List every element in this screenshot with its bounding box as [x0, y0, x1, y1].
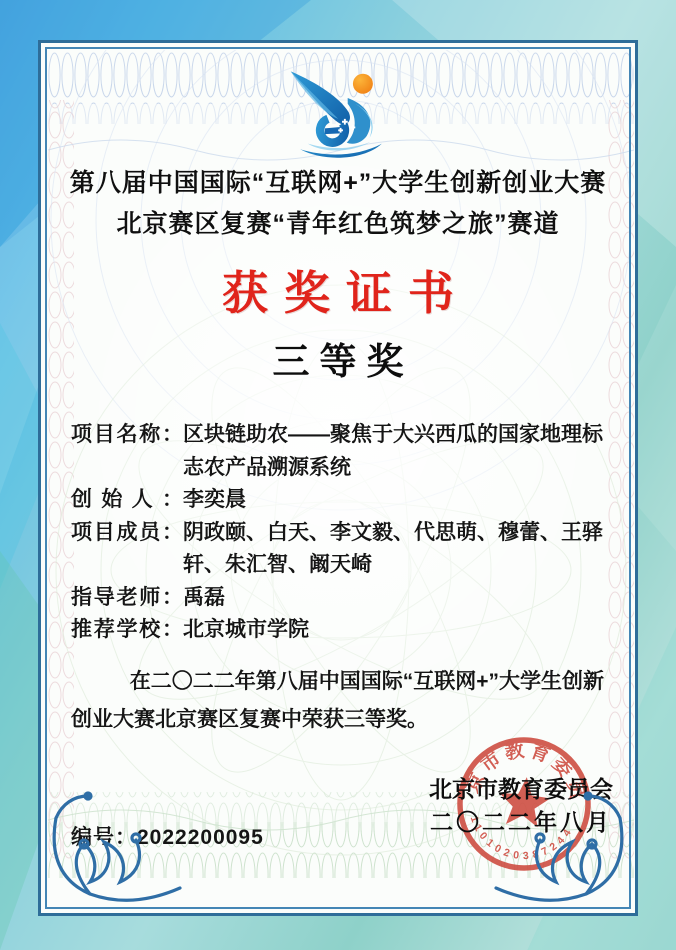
field-label: 项目名称： — [71, 419, 183, 484]
field-advisor: 指导老师： 禹磊 — [71, 582, 616, 615]
project-fields: 项目名称： 区块链助农——聚焦于大兴西瓜的国家地理标志农产品溯源系统 创始人： … — [71, 419, 616, 647]
competition-title: 第八届中国国际“互联网+”大学生创新创业大赛 北京赛区复赛“青年红色筑梦之旅”赛… — [41, 163, 635, 245]
issuer-name: 北京市教育委员会 — [389, 773, 653, 806]
award-level: 三等奖 — [41, 337, 635, 387]
field-value: 阴政颐、白天、李文毅、代思萌、穆蕾、王驿轩、朱汇智、阚天崎 — [183, 517, 616, 582]
competition-title-line1: 第八届中国国际“互联网+”大学生创新创业大赛 — [41, 163, 635, 204]
field-founder: 创始人： 李奕晨 — [71, 484, 616, 517]
internet-plus-logo-icon — [285, 69, 399, 165]
field-label: 项目成员： — [71, 517, 183, 582]
serial-number: 编号：2022200095 — [71, 821, 264, 851]
signature-block: 北京市教育委员会 二〇二二年八月 — [389, 773, 653, 839]
field-value: 禹磊 — [183, 582, 616, 615]
issue-date: 二〇二二年八月 — [389, 806, 653, 839]
field-value: 区块链助农——聚焦于大兴西瓜的国家地理标志农产品溯源系统 — [183, 419, 616, 484]
field-value: 北京城市学院 — [183, 614, 616, 647]
field-project-name: 项目名称： 区块链助农——聚焦于大兴西瓜的国家地理标志农产品溯源系统 — [71, 419, 616, 484]
field-label: 创始人： — [71, 484, 183, 517]
certificate-paper: 第八届中国国际“互联网+”大学生创新创业大赛 北京赛区复赛“青年红色筑梦之旅”赛… — [38, 40, 638, 916]
field-school: 推荐学校： 北京城市学院 — [71, 614, 616, 647]
document-title: 获奖证书 — [41, 265, 635, 321]
competition-title-line2: 北京赛区复赛“青年红色筑梦之旅”赛道 — [41, 204, 635, 245]
field-team-members: 项目成员： 阴政颐、白天、李文毅、代思萌、穆蕾、王驿轩、朱汇智、阚天崎 — [71, 517, 616, 582]
field-value: 李奕晨 — [183, 484, 616, 517]
certificate-page: 第八届中国国际“互联网+”大学生创新创业大赛 北京赛区复赛“青年红色筑梦之旅”赛… — [0, 0, 676, 950]
field-label: 推荐学校： — [71, 614, 183, 647]
field-label: 指导老师： — [71, 582, 183, 615]
